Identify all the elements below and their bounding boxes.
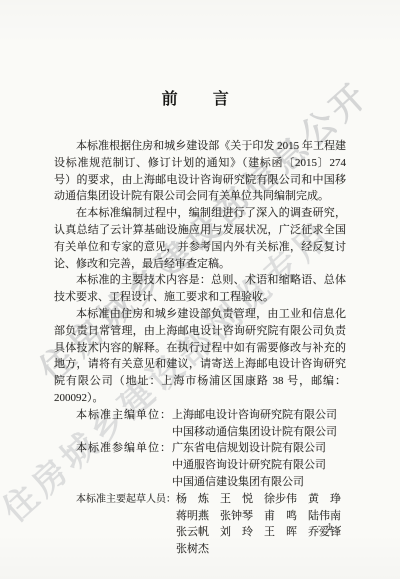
drafters-label: 本标准主要起草人员： [76,491,176,509]
unit-name: 广东省电信规划设计院有限公司 [172,440,354,457]
drafters-row: 本标准主要起草人员： 杨 炼 王 悦 徐步伟 黄 琤 蒋明燕 张钟琴 甫 鸣 陆… [54,491,354,558]
credits-block: 本标准主编单位： 上海邮电设计咨询研究院有限公司 中国移动通信集团设计院有限公司… [54,407,354,558]
chief-editor-units: 上海邮电设计咨询研究院有限公司 中国移动通信集团设计院有限公司 [172,407,354,441]
unit-name: 中国移动通信集团设计院有限公司 [172,424,354,441]
unit-name: 中通服咨询设计研究院有限公司 [172,457,354,474]
co-editor-label: 本标准参编单位： [76,440,172,457]
page-number: · 1 · [317,522,344,533]
foreword-body: 本标准根据住房和城乡建设部《关于印发 2015 年工程建设标准规范制订、修订计划… [54,138,346,407]
co-editor-units: 广东省电信规划设计院有限公司 中通服咨询设计研究院有限公司 中国通信建设集团有限… [172,440,354,490]
document-page: 住房城乡建设部信息公开 住房城乡建设部浏览专用 前 言 本标准根据住房和城乡建设… [0,0,400,579]
unit-name: 上海邮电设计咨询研究院有限公司 [172,407,354,424]
page-title: 前 言 [0,0,400,109]
drafter-names-line: 杨 炼 王 悦 徐步伟 黄 琤 [176,491,354,508]
co-editor-row: 本标准参编单位： 广东省电信规划设计院有限公司 中通服咨询设计研究院有限公司 中… [54,440,354,490]
drafter-names-line: 张树杰 [176,541,354,558]
foreword-paragraph: 在本标准编制过程中，编制组进行了深入的调查研究，认真总结了云计算基础设施应用与发… [54,205,346,272]
foreword-paragraph: 本标准由住房和城乡建设部负责管理，由工业和信息化部负责日常管理，由上海邮电设计咨… [54,306,346,407]
foreword-paragraph: 本标准根据住房和城乡建设部《关于印发 2015 年工程建设标准规范制订、修订计划… [54,138,346,205]
chief-editor-row: 本标准主编单位： 上海邮电设计咨询研究院有限公司 中国移动通信集团设计院有限公司 [54,407,354,441]
foreword-paragraph: 本标准的主要技术内容是：总则、术语和缩略语、总体技术要求、工程设计、施工要求和工… [54,272,346,306]
unit-name: 中国通信建设集团有限公司 [172,474,354,491]
chief-editor-label: 本标准主编单位： [76,407,172,424]
page-content: 前 言 本标准根据住房和城乡建设部《关于印发 2015 年工程建设标准规范制订、… [0,0,400,558]
